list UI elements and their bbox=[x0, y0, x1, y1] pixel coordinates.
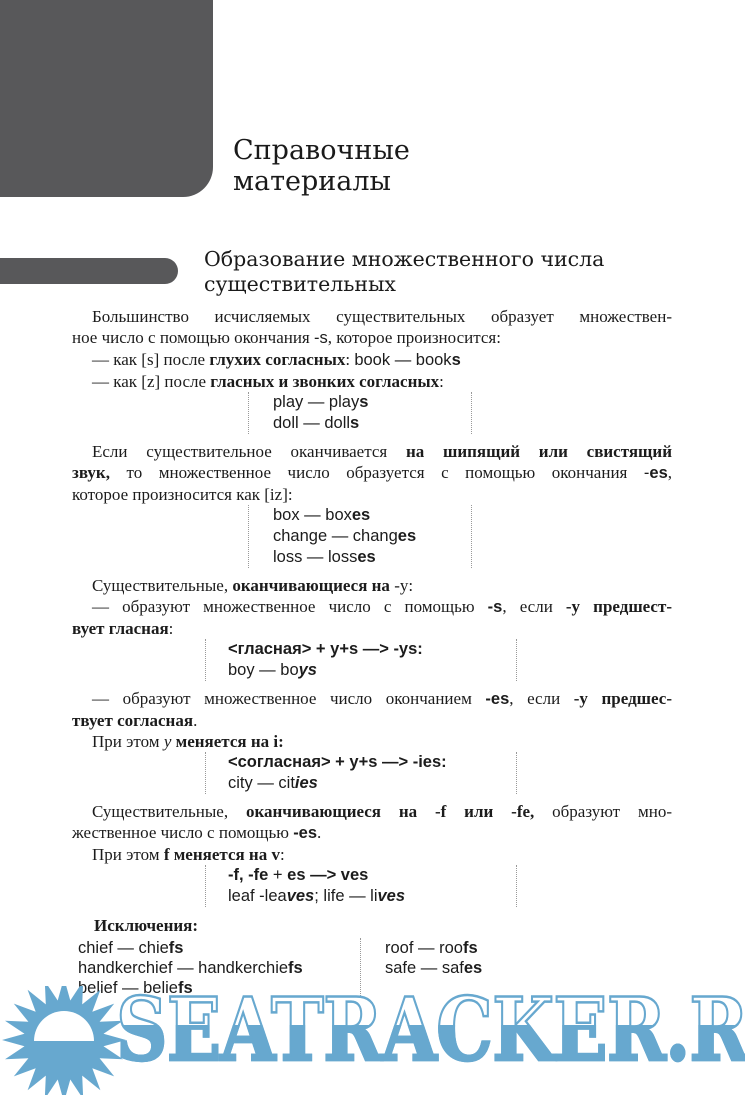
exception-item: safe — safes bbox=[385, 958, 482, 978]
text-run: то множественное число образуется с помо… bbox=[110, 463, 644, 482]
chapter-title-line1: Справочные bbox=[233, 135, 410, 166]
exceptions-column-right: roof — roofssafe — safes bbox=[360, 938, 482, 1000]
paragraph: Существительные, оканчивающиеся на -f ил… bbox=[72, 801, 672, 865]
text-run: -es bbox=[485, 690, 509, 708]
paragraph: Большинство исчисляемых существительных … bbox=[72, 306, 672, 392]
text-run: -y предшест- bbox=[566, 597, 672, 616]
chapter-title-line2: материалы bbox=[233, 166, 410, 197]
text-run: es bbox=[464, 959, 482, 977]
section-heading-line2: существительных bbox=[204, 272, 604, 297]
example-line: <согласная> + y+s —> -ies: bbox=[228, 752, 516, 773]
text-line: твует согласная. bbox=[72, 710, 672, 731]
text-run: + bbox=[268, 866, 287, 884]
text-run: . bbox=[317, 823, 321, 842]
text-run: вует гласная bbox=[72, 619, 169, 638]
text-line: При этом y меняется на i: bbox=[72, 731, 672, 752]
text-run: : bbox=[345, 350, 354, 369]
text-line: — как [z] после гласных и звонких соглас… bbox=[72, 371, 672, 392]
text-line: Существительные, оканчивающиеся на -f ил… bbox=[72, 801, 672, 822]
text-run: fs bbox=[178, 979, 193, 997]
text-run: -ies: bbox=[413, 753, 447, 771]
text-run: , bbox=[668, 463, 672, 482]
paragraph: Если существительное оканчивается на шип… bbox=[72, 441, 672, 505]
example-line: change — changes bbox=[273, 526, 471, 547]
text-run: звук, bbox=[72, 463, 110, 482]
text-line: которое произносится как [iz]: bbox=[72, 484, 672, 505]
exception-item: chief — chiefs bbox=[78, 938, 360, 958]
text-run: . bbox=[193, 711, 197, 730]
text-run: belief — belie bbox=[78, 979, 178, 997]
exception-item: roof — roofs bbox=[385, 938, 482, 958]
text-run: — как [z] после bbox=[92, 372, 210, 391]
text-run: , если bbox=[502, 597, 566, 616]
chapter-corner-block bbox=[0, 0, 213, 197]
text-run: — образуют множественное число окончание… bbox=[92, 689, 485, 708]
section-heading: Образование множественного числа существ… bbox=[204, 247, 604, 297]
text-run: жественное число с помощью bbox=[72, 823, 293, 842]
text-run: ves bbox=[378, 887, 406, 905]
text-run: ys bbox=[299, 661, 317, 679]
text-run: chief — chie bbox=[78, 939, 169, 957]
text-run: Большинство исчисляемых существительных … bbox=[92, 307, 672, 326]
text-run: s bbox=[452, 351, 461, 369]
text-run: : bbox=[439, 372, 444, 391]
text-run: box — box bbox=[273, 506, 352, 524]
text-run: оканчивающиеся на bbox=[232, 576, 390, 595]
text-run: : bbox=[169, 619, 174, 638]
text-run: -f, -fe bbox=[228, 866, 268, 884]
example-line: loss — losses bbox=[273, 547, 471, 568]
text-run: boy — bo bbox=[228, 661, 299, 679]
text-run: Если существительное оканчивается bbox=[92, 442, 406, 461]
example-line: <гласная> + y+s —> -ys: bbox=[228, 639, 516, 660]
text-line: При этом f меняется на v: bbox=[72, 844, 672, 865]
text-run: s bbox=[350, 414, 359, 432]
text-run: <гласная> + y+s —> bbox=[228, 640, 393, 658]
paragraph: Существительные, оканчивающиеся на -y:— … bbox=[72, 575, 672, 639]
text-run: ; life — li bbox=[314, 887, 377, 905]
example-line: city — cities bbox=[228, 773, 516, 794]
example-line: leaf -leaves; life — lives bbox=[228, 886, 516, 907]
exception-item: handkerchief — handkerchiefs bbox=[78, 958, 360, 978]
text-run: loss — loss bbox=[273, 548, 357, 566]
text-run: s bbox=[359, 393, 368, 411]
text-line: звук, то множественное число образуется … bbox=[72, 462, 672, 484]
example-block: <согласная> + y+s —> -ies:city — cities bbox=[205, 752, 517, 794]
sun-logo-icon bbox=[0, 986, 130, 1095]
text-run: <согласная> + y+s —> bbox=[228, 753, 413, 771]
text-run: твует согласная bbox=[72, 711, 193, 730]
text-run: — как [s] после bbox=[92, 350, 209, 369]
text-run: Существительные, bbox=[92, 802, 246, 821]
text-run: глухих согласных bbox=[209, 350, 345, 369]
chapter-title: Справочные материалы bbox=[233, 135, 410, 197]
paragraph: — образуют множественное число окончание… bbox=[72, 688, 672, 752]
text-run: — образуют множественное число с помощью bbox=[92, 597, 488, 616]
section-marker-bar bbox=[0, 258, 178, 284]
text-run: которое произносится как [iz]: bbox=[72, 485, 293, 504]
text-run: fs bbox=[169, 939, 184, 957]
text-run: : bbox=[280, 845, 285, 864]
example-block: <гласная> + y+s —> -ys:boy — boys bbox=[205, 639, 517, 681]
text-run: handkerchief — handkerchie bbox=[78, 959, 288, 977]
example-line: -f, -fe + es —> ves bbox=[228, 865, 516, 886]
text-run: -s bbox=[488, 598, 503, 616]
text-run: city — cit bbox=[228, 774, 295, 792]
text-run: , которое произносится: bbox=[328, 328, 501, 347]
text-line: Большинство исчисляемых существительных … bbox=[72, 306, 672, 327]
exceptions-column-left: chief — chiefshandkerchief — handkerchie… bbox=[72, 938, 360, 1000]
text-run: book — book bbox=[354, 351, 451, 369]
example-block: play — playsdoll — dolls bbox=[248, 392, 472, 434]
text-run: ies bbox=[295, 774, 318, 792]
text-run: fs bbox=[463, 939, 478, 957]
text-line: ное число с помощью окончания -s, которо… bbox=[72, 327, 672, 349]
exception-item: belief — beliefs bbox=[78, 978, 360, 998]
text-run: play — play bbox=[273, 393, 359, 411]
example-line: doll — dolls bbox=[273, 413, 471, 434]
text-run: doll — doll bbox=[273, 414, 350, 432]
text-line: Если существительное оканчивается на шип… bbox=[72, 441, 672, 462]
text-run: change — chang bbox=[273, 527, 398, 545]
text-run: При этом bbox=[92, 845, 164, 864]
text-run: -ys: bbox=[393, 640, 422, 658]
body-content: Большинство исчисляемых существительных … bbox=[72, 306, 672, 1000]
text-line: вует гласная: bbox=[72, 618, 672, 639]
text-run: es bbox=[357, 548, 375, 566]
text-run: -y: bbox=[390, 576, 413, 595]
text-run: -y предшес- bbox=[574, 689, 672, 708]
text-run: При этом bbox=[92, 732, 164, 751]
text-run: оканчивающиеся на -f или -fe, bbox=[246, 802, 534, 821]
text-run: leaf -lea bbox=[228, 887, 287, 905]
text-run: меняется на i: bbox=[176, 732, 284, 751]
book-page: { "header": { "title_line1": "Справочные… bbox=[0, 0, 745, 1095]
text-line: — как [s] после глухих согласных: book —… bbox=[72, 349, 672, 371]
text-run: , если bbox=[509, 689, 574, 708]
example-line: play — plays bbox=[273, 392, 471, 413]
exceptions-title: Исключения: bbox=[72, 915, 672, 936]
text-line: — образуют множественное число с помощью… bbox=[72, 596, 672, 618]
text-run: гласных и звонких согласных bbox=[210, 372, 439, 391]
text-run: -s bbox=[314, 329, 328, 347]
text-run: ves bbox=[287, 887, 315, 905]
text-line: жественное число с помощью -es. bbox=[72, 822, 672, 844]
text-line: — образуют множественное число окончание… bbox=[72, 688, 672, 710]
example-block: -f, -fe + es —> vesleaf -leaves; life — … bbox=[205, 865, 517, 907]
text-run: roof — roo bbox=[385, 939, 463, 957]
text-run: Существительные, bbox=[92, 576, 232, 595]
section-heading-line1: Образование множественного числа bbox=[204, 247, 604, 272]
watermark: SEATRACKER.RU bbox=[0, 984, 745, 1095]
text-run: fs bbox=[288, 959, 303, 977]
text-run: образуют мно- bbox=[534, 802, 672, 821]
text-run: es —> ves bbox=[287, 866, 368, 884]
text-run: es bbox=[352, 506, 370, 524]
exceptions-columns: chief — chiefshandkerchief — handkerchie… bbox=[72, 938, 672, 1000]
text-run: f меняется на v bbox=[164, 845, 280, 864]
text-run: es bbox=[649, 464, 667, 482]
example-line: box — boxes bbox=[273, 505, 471, 526]
text-run: safe — saf bbox=[385, 959, 464, 977]
example-line: boy — boys bbox=[228, 660, 516, 681]
text-run: -es bbox=[293, 824, 317, 842]
example-block: box — boxeschange — changesloss — losses bbox=[248, 505, 472, 568]
text-run: на шипящий или свистящий bbox=[406, 442, 672, 461]
text-run: ное число с помощью окончания bbox=[72, 328, 314, 347]
text-run: es bbox=[398, 527, 416, 545]
text-line: Существительные, оканчивающиеся на -y: bbox=[72, 575, 672, 596]
